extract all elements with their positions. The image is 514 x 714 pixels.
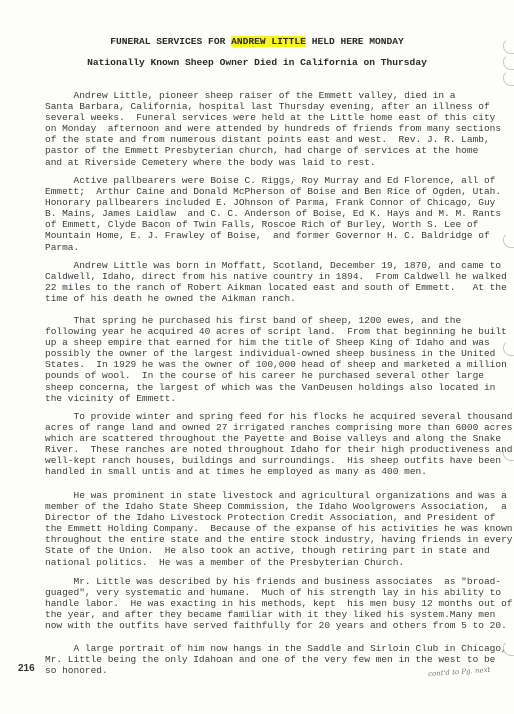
paragraph-pallbearers: Active pallbearers were Boise C. Riggs, … xyxy=(45,175,495,253)
headline: FUNERAL SERVICES FOR ANDREW LITTLE HELD … xyxy=(0,36,514,47)
margin-mark xyxy=(503,70,514,86)
margin-mark xyxy=(503,340,514,356)
paragraph-character: Mr. Little was described by his friends … xyxy=(45,576,495,631)
margin-mark xyxy=(503,640,514,656)
paragraph-birth: Andrew Little was born in Moffatt, Scotl… xyxy=(45,260,495,304)
document-page: FUNERAL SERVICES FOR ANDREW LITTLE HELD … xyxy=(0,0,514,714)
highlighted-name: ANDREW LITTLE xyxy=(231,36,306,47)
margin-mark xyxy=(503,232,514,248)
headline-part-3: HELD HERE MONDAY xyxy=(306,36,404,47)
subheadline: Nationally Known Sheep Owner Died in Cal… xyxy=(0,57,514,68)
margin-mark xyxy=(503,54,514,70)
paragraph-ranches: To provide winter and spring feed for hi… xyxy=(45,411,495,478)
page-number: 216 xyxy=(18,663,35,674)
margin-mark xyxy=(503,38,514,54)
margin-mark xyxy=(503,445,514,461)
headline-part-1: FUNERAL SERVICES FOR xyxy=(110,36,231,47)
paragraph-sheep-empire: That spring he purchased his first band … xyxy=(45,315,495,404)
paragraph-organizations: He was prominent in state livestock and … xyxy=(45,490,495,568)
paragraph-death-notice: Andrew Little, pioneer sheep raiser of t… xyxy=(45,90,495,168)
